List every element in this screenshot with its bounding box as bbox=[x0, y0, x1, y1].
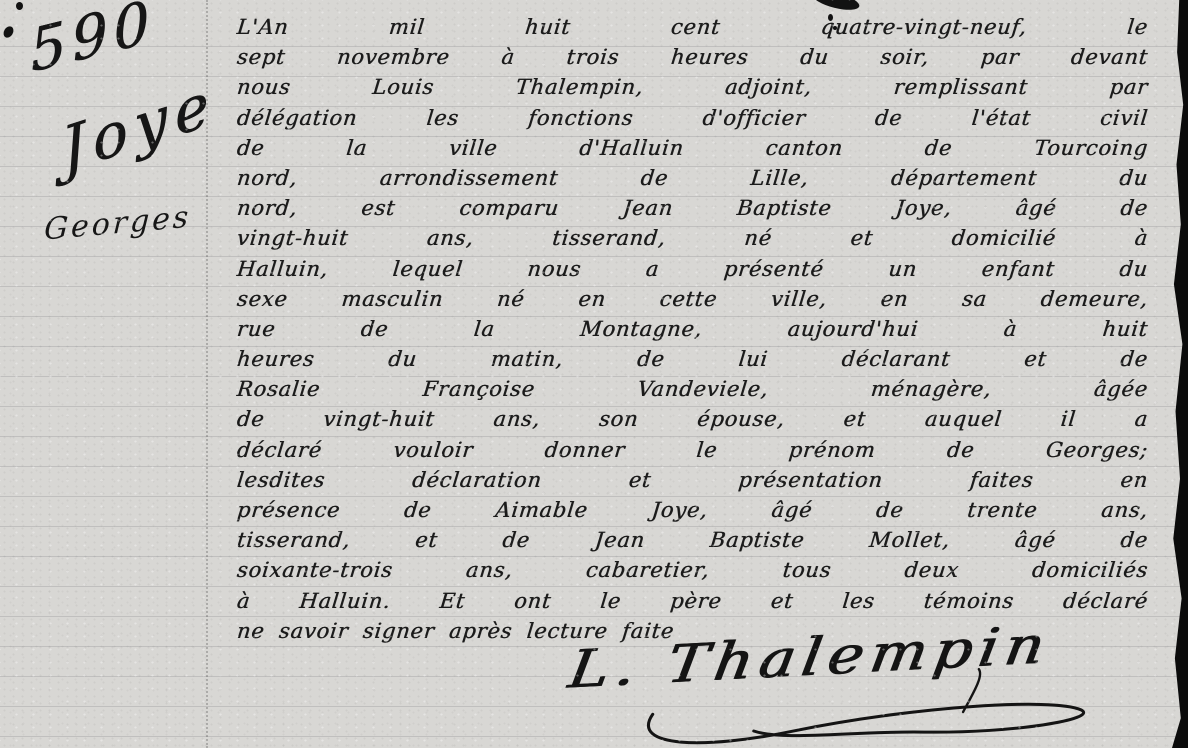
manuscript-line: Rosalie Françoise Vandeviele, ménagère, … bbox=[235, 374, 1149, 404]
manuscript-line: soixante-trois ans, cabaretier, tous deu… bbox=[235, 555, 1149, 585]
manuscript-text-block: L'An mil huit cent quatre-vingt-neuf, le… bbox=[237, 12, 1148, 646]
manuscript-line: délégation les fonctions d'officier de l… bbox=[235, 103, 1149, 133]
manuscript-line: nord, arrondissement de Lille, départeme… bbox=[235, 163, 1149, 193]
ink-blot bbox=[16, 2, 23, 10]
scan-edge-band bbox=[1172, 0, 1188, 748]
margin-surname: Joye bbox=[58, 66, 219, 187]
manuscript-line: Halluin, lequel nous a présenté un enfan… bbox=[235, 254, 1149, 284]
manuscript-line: de la ville d'Halluin canton de Tourcoin… bbox=[235, 133, 1149, 163]
manuscript-line: présence de Aimable Joye, âgé de trente … bbox=[235, 495, 1149, 525]
margin-given-name: Georges bbox=[43, 199, 192, 247]
manuscript-line: sept novembre à trois heures du soir, pa… bbox=[235, 42, 1149, 72]
manuscript-line: nord, est comparu Jean Baptiste Joye, âg… bbox=[235, 193, 1149, 223]
manuscript-line: L'An mil huit cent quatre-vingt-neuf, le bbox=[235, 12, 1149, 42]
manuscript-line: vingt-huit ans, tisserand, né et domicil… bbox=[235, 223, 1149, 253]
manuscript-line: de vingt-huit ans, son épouse, et auquel… bbox=[235, 404, 1149, 434]
ink-blot bbox=[2, 25, 16, 40]
manuscript-line: déclaré vouloir donner le prénom de Geor… bbox=[235, 435, 1149, 465]
manuscript-line: à Halluin. Et ont le père et les témoins… bbox=[235, 586, 1149, 616]
manuscript-line: lesdites déclaration et présentation fai… bbox=[235, 465, 1149, 495]
manuscript-line: tisserand, et de Jean Baptiste Mollet, â… bbox=[235, 525, 1149, 555]
manuscript-line: rue de la Montagne, aujourd'hui à huit bbox=[235, 314, 1149, 344]
margin-act-number: 590 bbox=[28, 0, 158, 86]
manuscript-line: nous Louis Thalempin, adjoint, remplissa… bbox=[235, 72, 1149, 102]
manuscript-line: heures du matin, de lui déclarant et de bbox=[235, 344, 1149, 374]
scanned-document-page: 590 Joye Georges L'An mil huit cent quat… bbox=[0, 0, 1188, 748]
manuscript-line: sexe masculin né en cette ville, en sa d… bbox=[235, 284, 1149, 314]
